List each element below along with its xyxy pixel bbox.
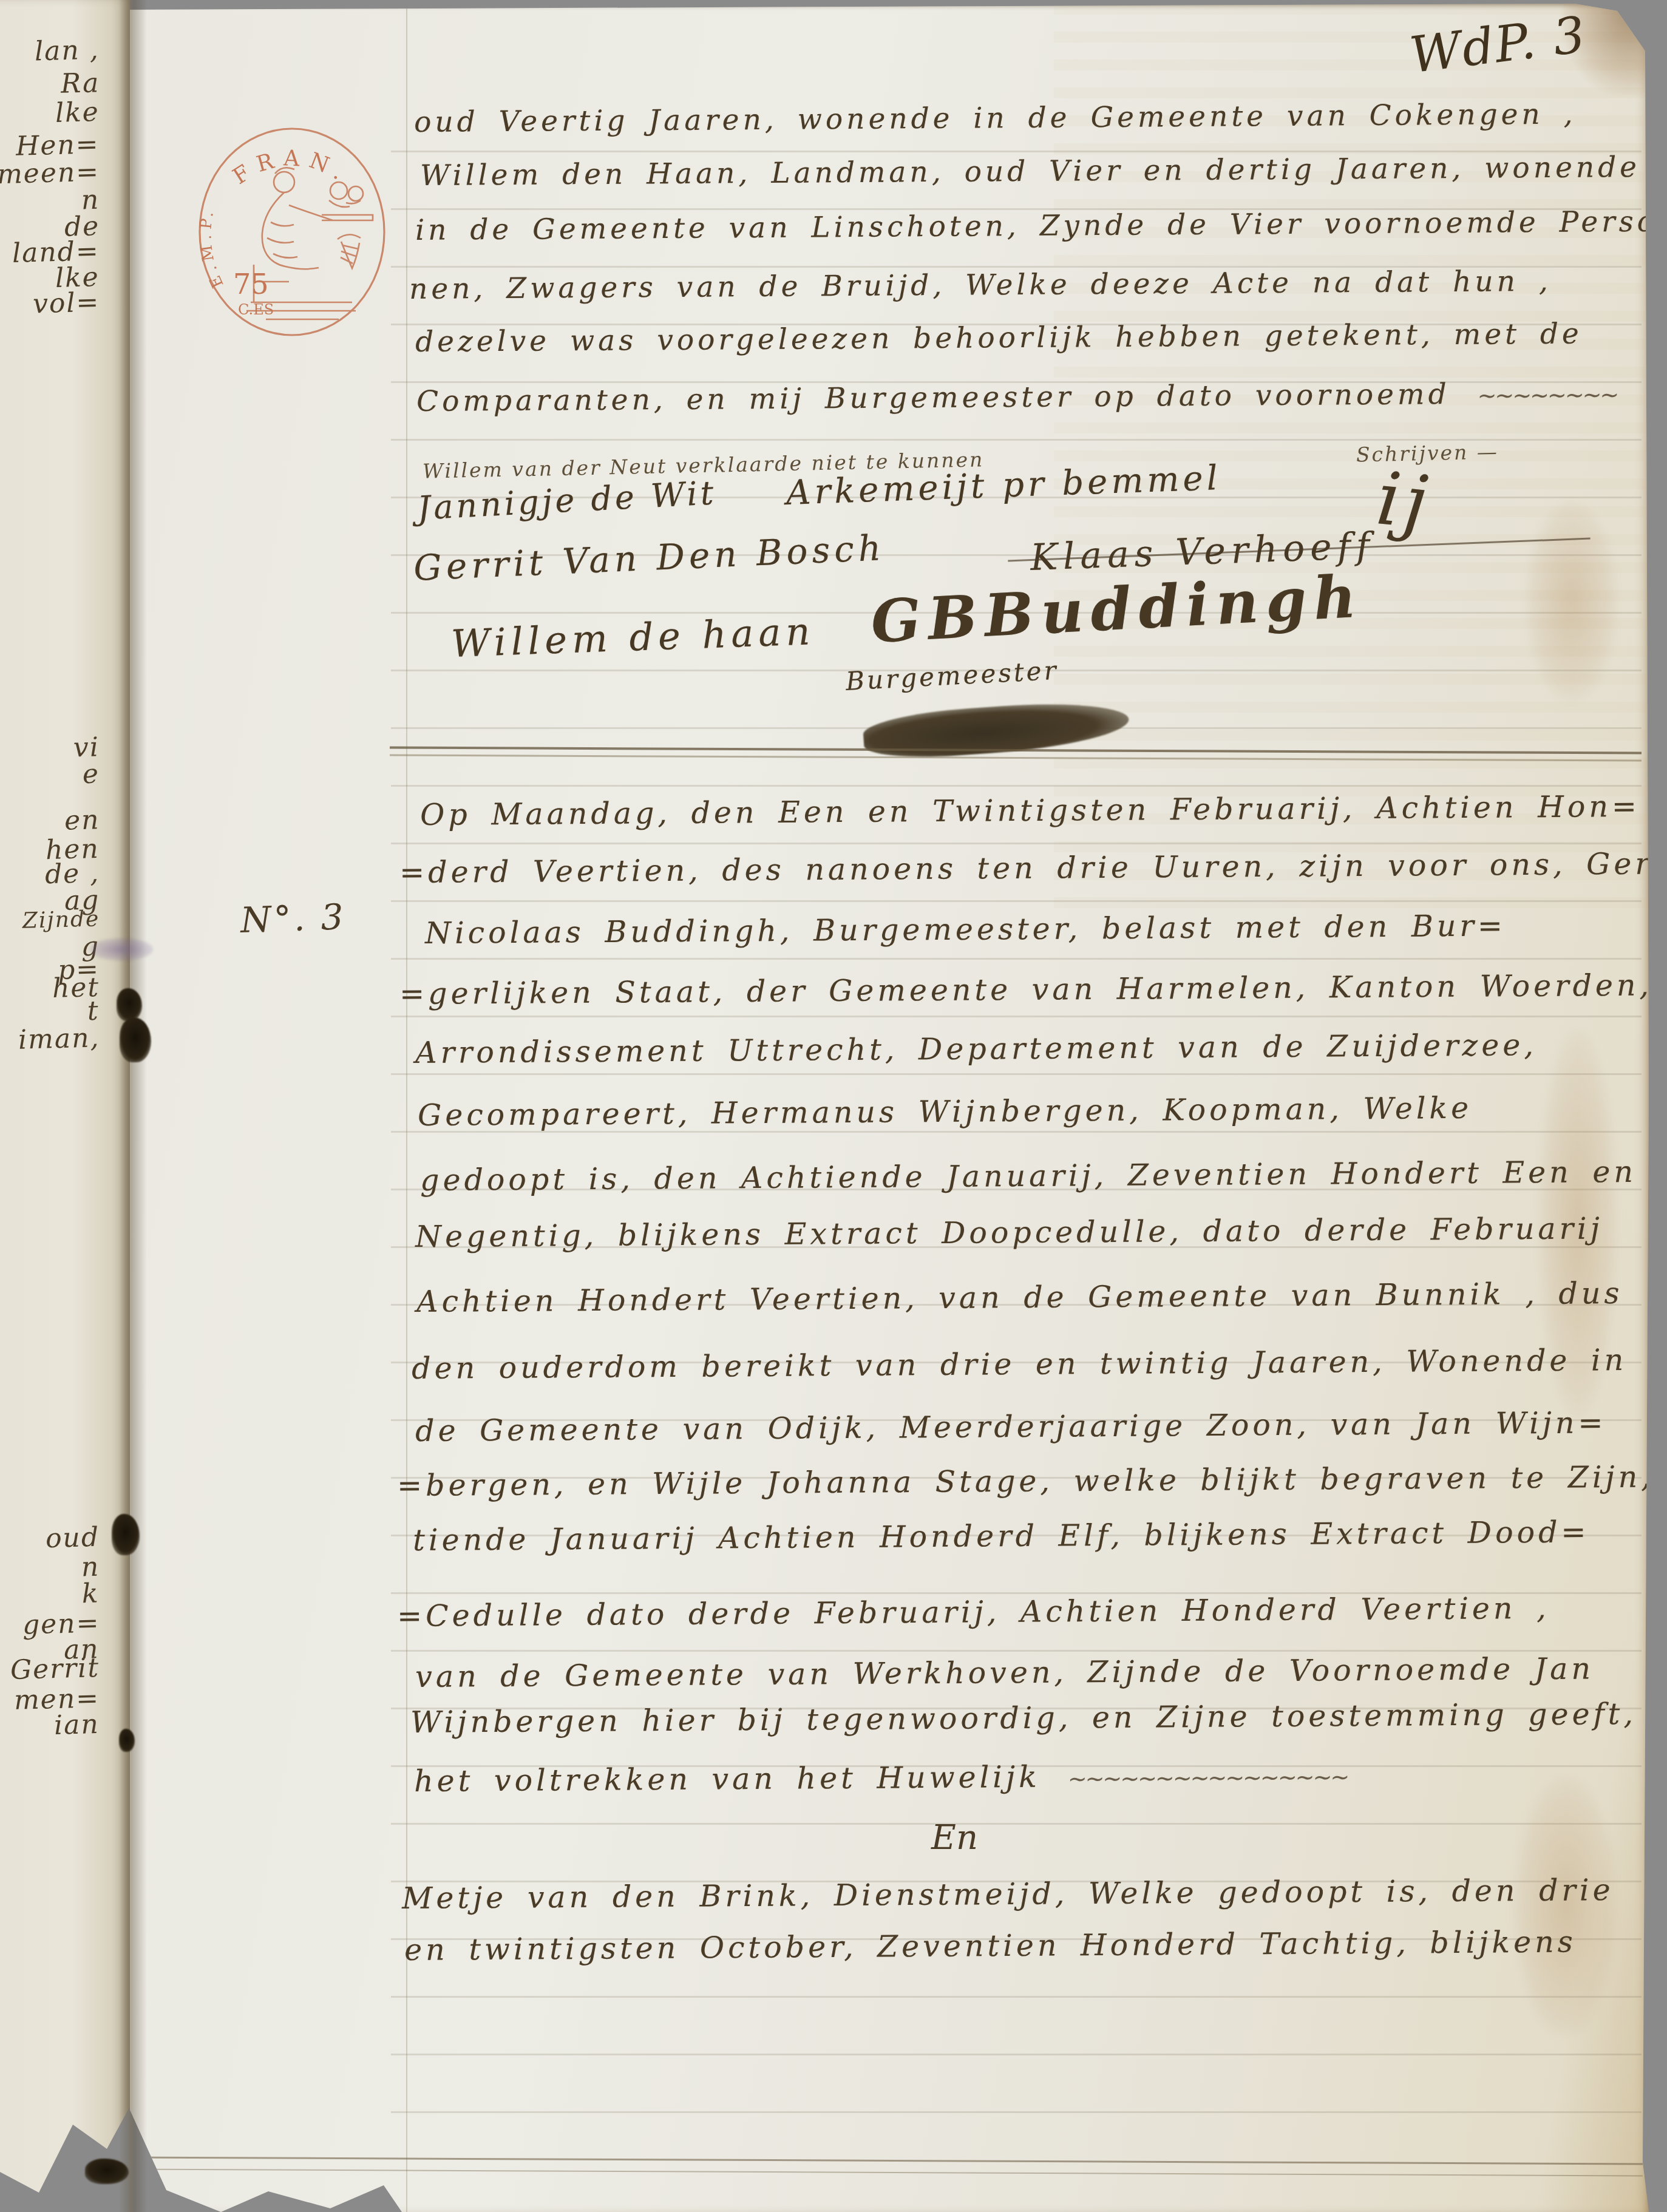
act1-flourish: ~~~~~~~~ bbox=[1477, 381, 1617, 409]
page-fragment: de , bbox=[44, 860, 100, 888]
svg-text:FRAN.: FRAN. bbox=[228, 146, 356, 189]
svg-text:E.M.P.: E.M.P. bbox=[197, 205, 228, 291]
fold-ink-blot bbox=[112, 1514, 140, 1555]
act2-line: de Gemeente van Odijk, Meerderjaarige Zo… bbox=[415, 1408, 1607, 1446]
act2-line: Wijnbergen hier bij tegenwoordig, en Zij… bbox=[410, 1698, 1667, 1737]
act1-line: dezelve was voorgeleezen behoorlijk hebb… bbox=[415, 320, 1583, 356]
stamp-top-text: FRAN. bbox=[228, 146, 356, 189]
page-bottom-edge bbox=[146, 2157, 1643, 2177]
act1-line: in de Gemeente van Linschoten, Zynde de … bbox=[415, 207, 1667, 245]
page-fragment: ian bbox=[54, 1711, 100, 1739]
act2-line: het voltrekken van het Huwelijk~~~~~~~~~… bbox=[414, 1760, 1348, 1796]
previous-page-edge: lan , Ra lke Hen= meen= n de land= lke v… bbox=[0, 0, 130, 2212]
page-fragment: en bbox=[64, 807, 100, 835]
page-fragment: n bbox=[81, 187, 100, 214]
stamp-value: 75 bbox=[233, 268, 269, 300]
page-fragment: n bbox=[81, 1554, 100, 1581]
act2-line: tiende Januarij Achtien Honderd Elf, bli… bbox=[413, 1517, 1590, 1555]
act2-line: =gerlijken Staat, der Gemeente van Harme… bbox=[399, 971, 1652, 1009]
page-fragment: meen= bbox=[0, 159, 100, 188]
page-fragment: Ra bbox=[60, 70, 100, 98]
act2-flourish: ~~~~~~~~~~~~~~~~ bbox=[1068, 1763, 1348, 1792]
act-number: N°. 3 bbox=[240, 899, 346, 938]
foxing-stain bbox=[1526, 501, 1617, 702]
fold-ink-blot bbox=[119, 1729, 135, 1752]
page-fragment: lke bbox=[55, 99, 100, 127]
act2-line: =derd Veertien, des nanoens ten drie Uur… bbox=[399, 849, 1667, 887]
page-fragment: iman, bbox=[18, 1025, 100, 1054]
act1-line: Willem den Haan, Landman, oud Vier en de… bbox=[420, 153, 1640, 190]
page-fragment: vol= bbox=[32, 290, 100, 318]
act2-line: gedoopt is, den Achtiende Januarij, Zeve… bbox=[420, 1157, 1637, 1195]
revenue-stamp: FRAN. E.M.P. 75 C.ES bbox=[193, 119, 393, 345]
act2-line: =bergen, en Wijle Johanna Stage, welke b… bbox=[397, 1462, 1667, 1501]
stamp-eagle bbox=[338, 234, 361, 268]
document-scan: lan , Ra lke Hen= meen= n de land= lke v… bbox=[0, 0, 1667, 2212]
fold-ink-blot bbox=[117, 988, 142, 1021]
page-fragment: e bbox=[82, 761, 100, 789]
page-fragment: t bbox=[87, 998, 100, 1025]
act2-line: =Cedulle dato derde Februarij, Achtien H… bbox=[397, 1593, 1550, 1631]
act2-line: Gecompareert, Hermanus Wijnbergen, Koopm… bbox=[418, 1093, 1472, 1130]
conjunction-en: En bbox=[931, 1821, 978, 1855]
purple-smudge bbox=[90, 938, 153, 961]
act2-line: Arrondissement Uttrecht, Departement van… bbox=[415, 1030, 1537, 1068]
page-fold bbox=[119, 0, 147, 2212]
page-fragment: k bbox=[82, 1581, 100, 1608]
stamp-bust-2 bbox=[348, 186, 363, 201]
act2-line-text: het voltrekken van het Huwelijk bbox=[414, 1760, 1041, 1799]
stamp-figure-drapery bbox=[267, 222, 297, 258]
stamp-side-text: E.M.P. bbox=[197, 205, 228, 291]
stamp-figure-arm bbox=[289, 205, 333, 220]
signature-flourish: ij bbox=[1373, 456, 1434, 546]
fold-ink-blot bbox=[85, 2159, 129, 2184]
page-fragment: Gerrit bbox=[10, 1655, 100, 1684]
act2-line: Achtien Hondert Veertien, van de Gemeent… bbox=[416, 1278, 1623, 1317]
page-fragment: Zijnde bbox=[22, 908, 100, 932]
page-fragment: oud bbox=[45, 1524, 100, 1552]
page-fragment: vi bbox=[73, 734, 100, 761]
act1-line: Comparanten, en mij Burgemeester op dato… bbox=[416, 379, 1617, 416]
act1-line: oud Veertig Jaaren, wonende in de Gemeen… bbox=[414, 100, 1577, 137]
main-page: FRAN. E.M.P. 75 C.ES WdP. 3 oud Veertig … bbox=[130, 4, 1649, 2212]
act2-line: en twintigsten October, Zeventien Honder… bbox=[404, 1927, 1577, 1965]
act2-line: Nicolaas Buddingh, Burgemeester, belast … bbox=[425, 911, 1506, 948]
act2-line: Op Maandag, den Een en Twintigsten Febru… bbox=[420, 792, 1640, 830]
stamp-bust-plinth bbox=[322, 200, 373, 220]
act1-line: nen, Zwagers van de Bruijd, Welke deeze … bbox=[409, 267, 1552, 304]
page-fragment: Hen= bbox=[16, 131, 100, 160]
stamp-figure-head bbox=[274, 172, 294, 192]
stamp-unit: C.ES bbox=[238, 301, 274, 318]
page-fragment: lan , bbox=[35, 37, 100, 66]
act2-line: Metje van den Brink, Dienstmeijd, Welke … bbox=[402, 1875, 1614, 1913]
act2-line: den ouderdom bereikt van drie en twintig… bbox=[412, 1345, 1627, 1383]
act2-line: van de Gemeente van Werkhoven, Zijnde de… bbox=[415, 1654, 1594, 1692]
act2-line: Negentig, blijkens Extract Doopcedulle, … bbox=[415, 1213, 1603, 1252]
